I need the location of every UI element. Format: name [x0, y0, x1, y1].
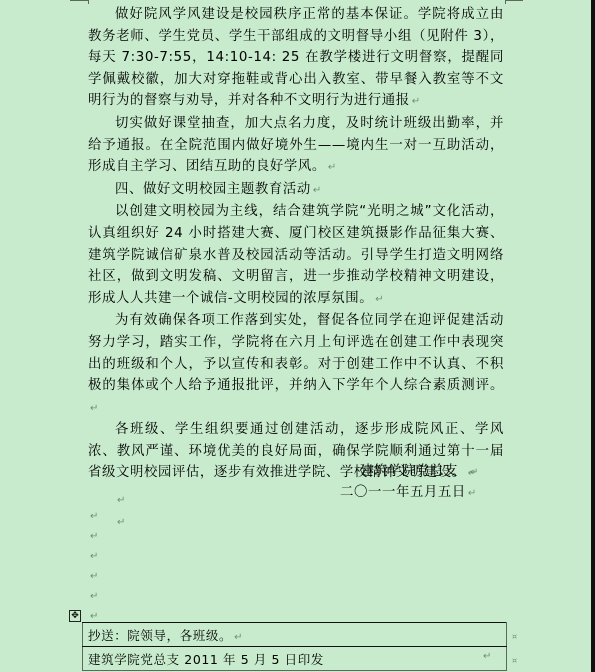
empty-paragraph: ↵	[88, 564, 98, 584]
cc-recipients-cell[interactable]: 抄送：院领导，各班级。↵	[83, 623, 507, 647]
signature-org: 建筑学院党总支↵	[360, 462, 478, 483]
paragraph-mark-icon: ↵	[90, 551, 98, 562]
paragraph-mark-icon: ↵	[328, 162, 336, 173]
section-heading: 四、做好文明校园主题教育活动↵	[88, 179, 504, 202]
empty-paragraph: ↵	[88, 584, 98, 604]
paragraph-mark-icon: ↵	[90, 591, 98, 602]
paragraph-mark-icon: ↵	[90, 511, 98, 522]
empty-paragraph: ↵	[88, 504, 98, 524]
paragraph-mark-icon: ↵	[90, 403, 98, 414]
paragraph-evaluation: 为有效确保各项工作落到实处，督促各位同学在迎评促建活动努力学习，踏实工作，学院将…	[88, 310, 504, 419]
document-body[interactable]: 做好院风学风建设是校园秩序正常的基本保证。学院将成立由教务老师、学生党员、学生干…	[88, 4, 504, 532]
table-row: 建筑学院党总支 2011 年 5 月 5 日印发↵	[83, 647, 507, 671]
paragraph-mark-icon: ↵	[313, 185, 321, 196]
paragraph-attendance: 切实做好课堂抽查，加大点名力度，及时统计班级出勤率，并给予通报。在全院范围内做好…	[88, 113, 504, 179]
paragraph-mark-icon: ↵	[234, 632, 242, 643]
cc-table[interactable]: 抄送：院领导，各班级。↵ 建筑学院党总支 2011 年 5 月 5 日印发↵	[82, 622, 507, 671]
paragraph-mark-icon: ↵	[117, 517, 125, 528]
empty-paragraph: ↵	[88, 544, 98, 564]
crop-mark-right	[505, 0, 523, 1]
paragraph-mark-icon: ↵	[90, 531, 98, 542]
paragraph-mark-icon: ↵	[117, 495, 125, 506]
paragraph-mark-icon: ↵	[90, 611, 98, 622]
empty-paragraph: ↵	[88, 524, 98, 544]
paragraph-mark-icon: ↵	[412, 96, 420, 107]
paragraph-mark-icon: ↵	[375, 294, 383, 305]
empty-paragraphs: ↵ ↵ ↵ ↵ ↵ ↵	[88, 504, 98, 624]
crop-mark-left	[70, 0, 88, 1]
row-end-mark-icon: ¤	[512, 656, 517, 665]
paragraph-mark-icon: ↵	[468, 488, 476, 499]
cell-end-mark-icon: ↵	[483, 651, 492, 662]
row-end-mark-icon: ¤	[512, 632, 517, 641]
table-row: 抄送：院领导，各班级。↵	[83, 623, 507, 647]
empty-paragraph: ↵	[88, 511, 504, 533]
paragraph-mark-icon: ↵	[470, 467, 478, 478]
window-edge	[591, 0, 595, 672]
table-move-handle-icon[interactable]: ✥	[69, 610, 81, 622]
paragraph-discipline: 做好院风学风建设是校园秩序正常的基本保证。学院将成立由教务老师、学生党员、学生干…	[88, 4, 504, 113]
signature-date: 二〇一一年五月五日↵	[340, 483, 476, 504]
paragraph-mark-icon: ↵	[90, 571, 98, 582]
issued-by-cell[interactable]: 建筑学院党总支 2011 年 5 月 5 日印发↵	[83, 647, 507, 671]
empty-paragraph: ↵	[88, 604, 98, 624]
crop-mark-right-v	[505, 0, 506, 4]
paragraph-activities: 以创建文明校园为主线，结合建筑学院“光明之城”文化活动，认真组织好 24 小时搭…	[88, 201, 504, 310]
